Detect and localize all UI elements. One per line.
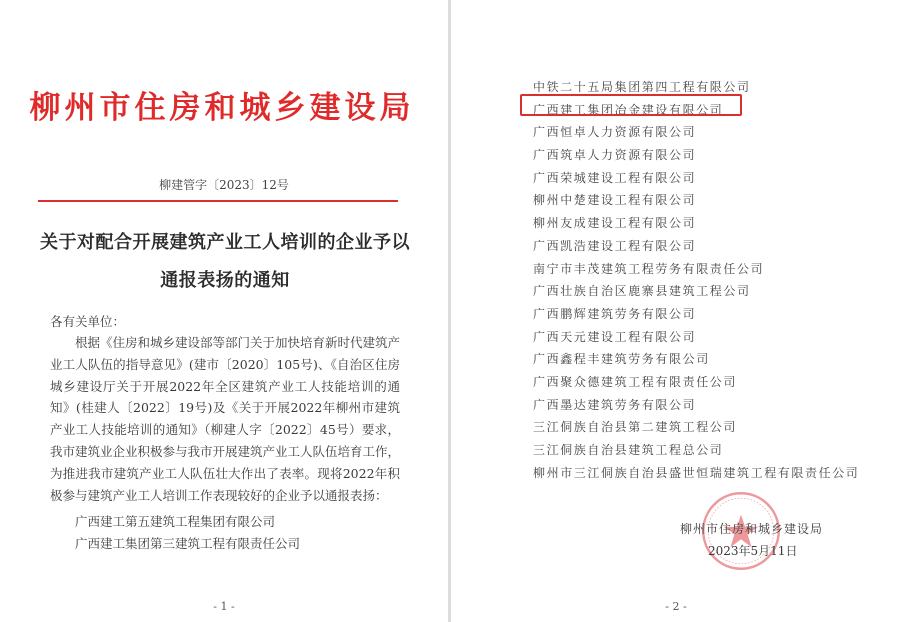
highlight-box xyxy=(520,94,742,116)
page-number: - 1 - xyxy=(0,600,448,613)
company-item: 广西鹏辉建筑劳务有限公司 xyxy=(533,303,859,326)
company-item: 广西墨达建筑劳务有限公司 xyxy=(533,394,859,417)
company-item: 广西建工集团第三建筑工程有限责任公司 xyxy=(75,534,300,552)
signature-date: 2023年5月11日 xyxy=(708,542,797,559)
commended-company-list: 中铁二十五局集团第四工程有限公司 广西建工集团冶金建设有限公司 广西恒卓人力资源… xyxy=(533,76,859,484)
company-item: 广西壮族自治区鹿寨县建筑工程公司 xyxy=(533,280,859,303)
company-item: 南宁市丰茂建筑工程劳务有限责任公司 xyxy=(533,258,859,281)
title-line-1: 关于对配合开展建筑产业工人培训的企业予以 xyxy=(40,224,410,262)
company-item: 柳州市三江侗族自治县盛世恒瑞建筑工程有限责任公司 xyxy=(533,462,859,485)
title-line-2: 通报表扬的通知 xyxy=(40,262,410,300)
issuing-authority-header: 柳州市住房和城乡建设局 xyxy=(22,82,422,127)
company-item: 广西筑卓人力资源有限公司 xyxy=(533,144,859,167)
red-divider-line xyxy=(38,200,398,202)
company-item: 广西聚众德建筑工程有限责任公司 xyxy=(533,371,859,394)
page-number: - 2 - xyxy=(452,600,900,613)
document-title: 关于对配合开展建筑产业工人培训的企业予以 通报表扬的通知 xyxy=(40,224,410,300)
company-item: 三江侗族自治县第二建筑工程公司 xyxy=(533,416,859,439)
company-item: 柳州中楚建设工程有限公司 xyxy=(533,189,859,212)
company-item: 广西鑫程丰建筑劳务有限公司 xyxy=(533,348,859,371)
document-number: 柳建管字〔2023〕12号 xyxy=(0,176,448,193)
signature-organization: 柳州市住房和城乡建设局 xyxy=(680,520,823,537)
company-item: 柳州友成建设工程有限公司 xyxy=(533,212,859,235)
salutation: 各有关单位： xyxy=(50,312,125,330)
page-1: 柳州市住房和城乡建设局 柳建管字〔2023〕12号 关于对配合开展建筑产业工人培… xyxy=(0,0,448,622)
company-item: 广西凯浩建设工程有限公司 xyxy=(533,235,859,258)
company-item: 三江侗族自治县建筑工程总公司 xyxy=(533,439,859,462)
page-divider xyxy=(448,0,451,622)
body-paragraph: 根据《住房和城乡建设部等部门关于加快培育新时代建筑产业工人队伍的指导意见》(建市… xyxy=(50,332,400,506)
company-item: 广西建工第五建筑工程集团有限公司 xyxy=(75,512,275,530)
company-item: 广西恒卓人力资源有限公司 xyxy=(533,121,859,144)
company-item: 广西荣城建设工程有限公司 xyxy=(533,167,859,190)
company-item: 广西天元建设工程有限公司 xyxy=(533,326,859,349)
